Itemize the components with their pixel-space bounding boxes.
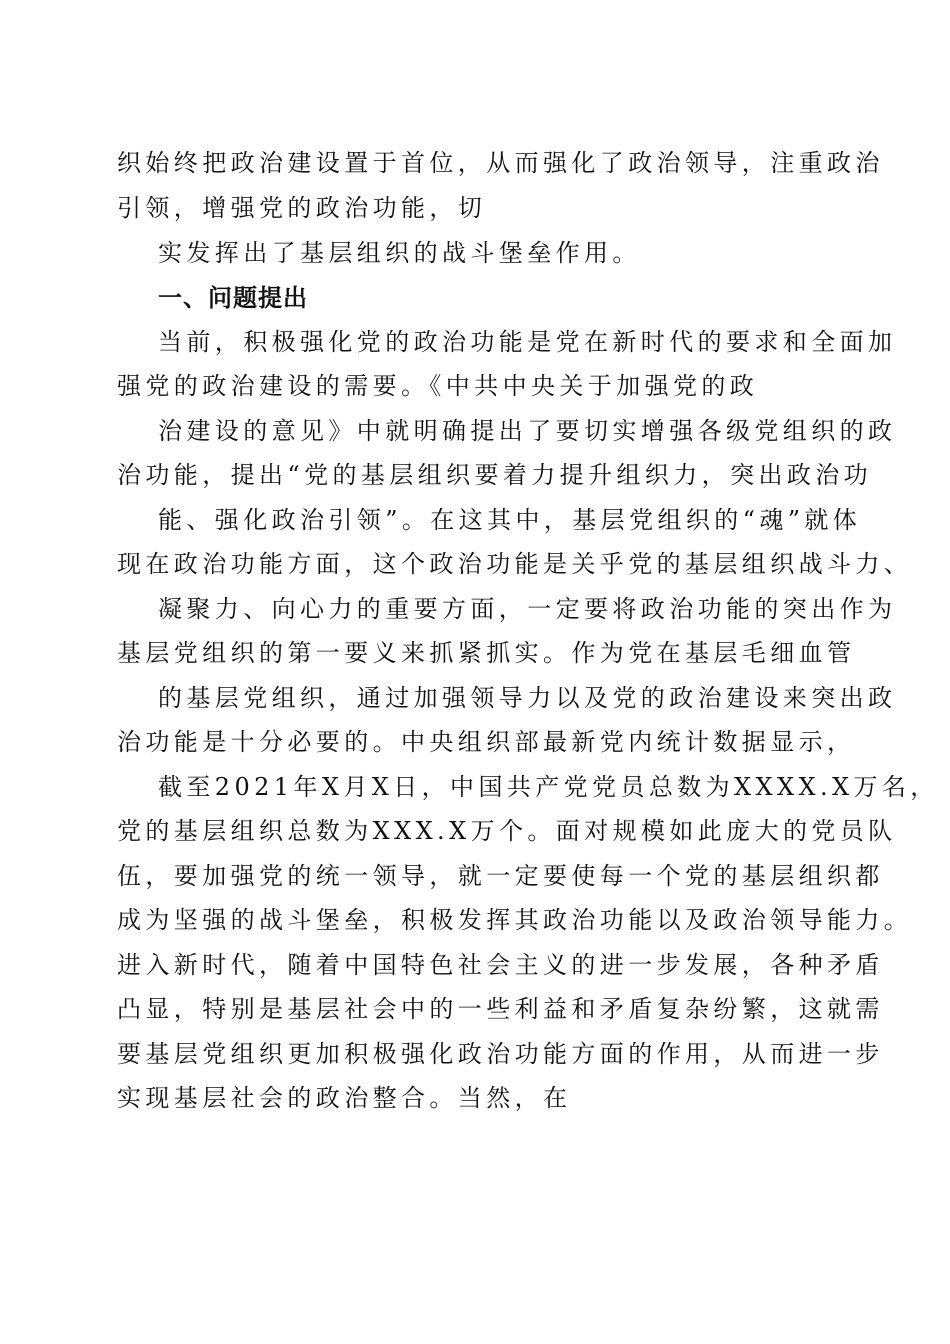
text-line: 织始终把政治建设置于首位，从而强化了政治领导，注重政治 — [117, 148, 884, 178]
text-line: 要基层党组织更加积极强化政治功能方面的作用，从而进一步 — [117, 1039, 884, 1069]
text-line: 伍，要加强党的统一领导，就一定要使每一个党的基层组织都 — [117, 861, 884, 891]
text-line: 引领，增强党的政治功能，切 — [117, 193, 486, 223]
text-line: 进入新时代，随着中国特色社会主义的进一步发展，各种矛盾 — [117, 950, 884, 980]
text-line: 党的基层组织总数为XXX.X万个。面对规模如此庞大的党员队 — [117, 816, 897, 846]
text-line: 治功能，提出“党的基层组织要着力提升组织力，突出政治功 — [117, 460, 872, 490]
text-line: 能、强化政治引领”。在这其中，基层党组织的“魂”就体 — [158, 505, 861, 535]
text-line: 实发挥出了基层组织的战斗堡垒作用。 — [158, 238, 641, 268]
text-line: 治建设的意见》中就明确提出了要切实增强各级党组织的政 — [158, 416, 896, 446]
text-line: 当前，积极强化党的政治功能是党在新时代的要求和全面加 — [158, 327, 896, 357]
text-line: 治功能是十分必要的。中央组织部最新党内统计数据显示， — [117, 727, 855, 757]
text-line: 实现基层社会的政治整合。当然，在 — [117, 1083, 571, 1113]
text-line: 成为坚强的战斗堡垒，积极发挥其政治功能以及政治领导能力。 — [117, 905, 912, 935]
text-line: 现在政治功能方面，这个政治功能是关乎党的基层组织战斗力、 — [117, 549, 912, 579]
text-line: 基层党组织的第一要义来抓紧抓实。作为党在基层毛细血管 — [117, 638, 855, 668]
text-line: 凸显，特别是基层社会中的一些利益和矛盾复杂纷繁，这就需 — [117, 994, 884, 1024]
text-line: 的基层党组织，通过加强领导力以及党的政治建设来突出政 — [158, 683, 896, 713]
text-line: 凝聚力、向心力的重要方面，一定要将政治功能的突出作为 — [158, 594, 896, 624]
text-line: 强党的政治建设的需要。《中共中央关于加强党的政 — [117, 371, 758, 401]
section-heading: 一、问题提出 — [158, 283, 308, 313]
text-line: 截至2021年X月X日，中国共产党党员总数为XXXX.X万名， — [158, 772, 939, 802]
document-page: 织始终把政治建设置于首位，从而强化了政治领导，注重政治 引领，增强党的政治功能，… — [0, 0, 950, 1344]
